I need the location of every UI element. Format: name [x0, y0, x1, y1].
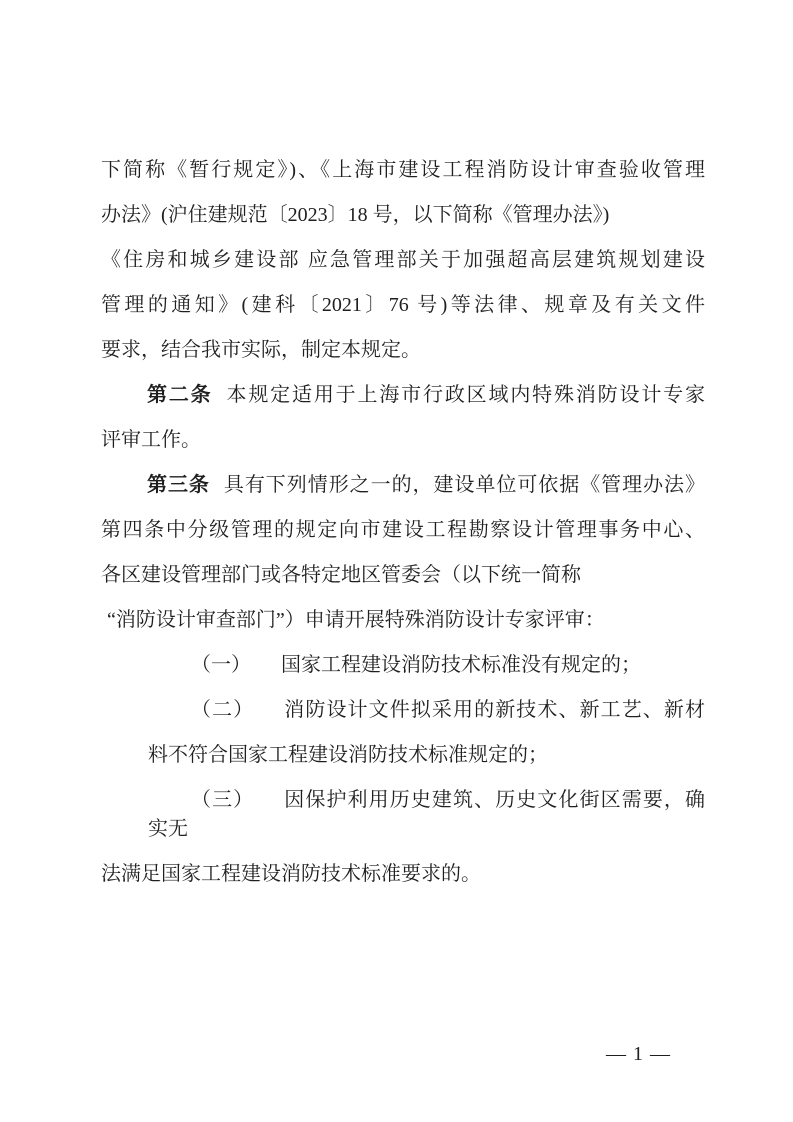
text-line-8: 第三条具有下列情形之一的，建设单位可依据《管理办法》: [101, 463, 705, 508]
document-page: 下简称《暂行规定》)、《上海市建设工程消防设计审查验收管理 办法》(沪住建规范〔…: [0, 0, 793, 1122]
text-line-11: “消防设计审查部门”）申请开展特殊消防设计专家评审：: [101, 598, 705, 643]
text-line-13: （二）消防设计文件拟采用的新技术、新工艺、新材: [101, 688, 705, 733]
text-line-10: 各区建设管理部门或各特定地区管委会（以下统一简称: [101, 553, 705, 598]
item-marker-2: （二）: [191, 699, 254, 721]
item-marker-3: （三）: [191, 789, 254, 811]
text-line-2: 办法》(沪住建规范〔2023〕18 号，以下简称《管理办法》): [101, 193, 705, 238]
item-marker-1: （一）: [191, 654, 251, 676]
article-3-text: 具有下列情形之一的，建设单位可依据《管理办法》: [224, 474, 705, 496]
document-body: 下简称《暂行规定》)、《上海市建设工程消防设计审查验收管理 办法》(沪住建规范〔…: [101, 148, 705, 897]
text-line-6: 第二条本规定适用于上海市行政区域内特殊消防设计专家: [101, 373, 705, 418]
text-line-3: 《住房和城乡建设部 应急管理部关于加强超高层建筑规划建设: [101, 238, 705, 283]
article-2-heading: 第二条: [147, 384, 213, 406]
text-line-4: 管理的通知》(建科〔2021〕76 号)等法律、规章及有关文件: [101, 283, 705, 328]
page-number: — 1 —: [606, 1042, 671, 1066]
text-line-17: 法满足国家工程建设消防技术标准要求的。: [101, 852, 705, 897]
item-2-text: 消防设计文件拟采用的新技术、新工艺、新材: [284, 699, 705, 721]
text-line-7: 评审工作。: [101, 418, 705, 463]
text-line-5: 要求，结合我市实际，制定本规定。: [101, 328, 705, 373]
article-3-heading: 第三条: [147, 474, 210, 496]
item-3-text: 因保护利用历史建筑、历史文化街区需要，确: [284, 789, 705, 811]
text-line-15: （三）因保护利用历史建筑、历史文化街区需要，确: [101, 778, 705, 823]
text-line-12: （一）国家工程建设消防技术标准没有规定的；: [101, 643, 705, 688]
item-1-text: 国家工程建设消防技术标准没有规定的；: [281, 654, 641, 676]
text-line-1: 下简称《暂行规定》)、《上海市建设工程消防设计审查验收管理: [101, 148, 705, 193]
article-2-text: 本规定适用于上海市行政区域内特殊消防设计专家: [227, 384, 706, 406]
text-line-9: 第四条中分级管理的规定向市建设工程勘察设计管理事务中心、: [101, 508, 705, 553]
text-line-14: 料不符合国家工程建设消防技术标准规定的；: [101, 733, 705, 778]
